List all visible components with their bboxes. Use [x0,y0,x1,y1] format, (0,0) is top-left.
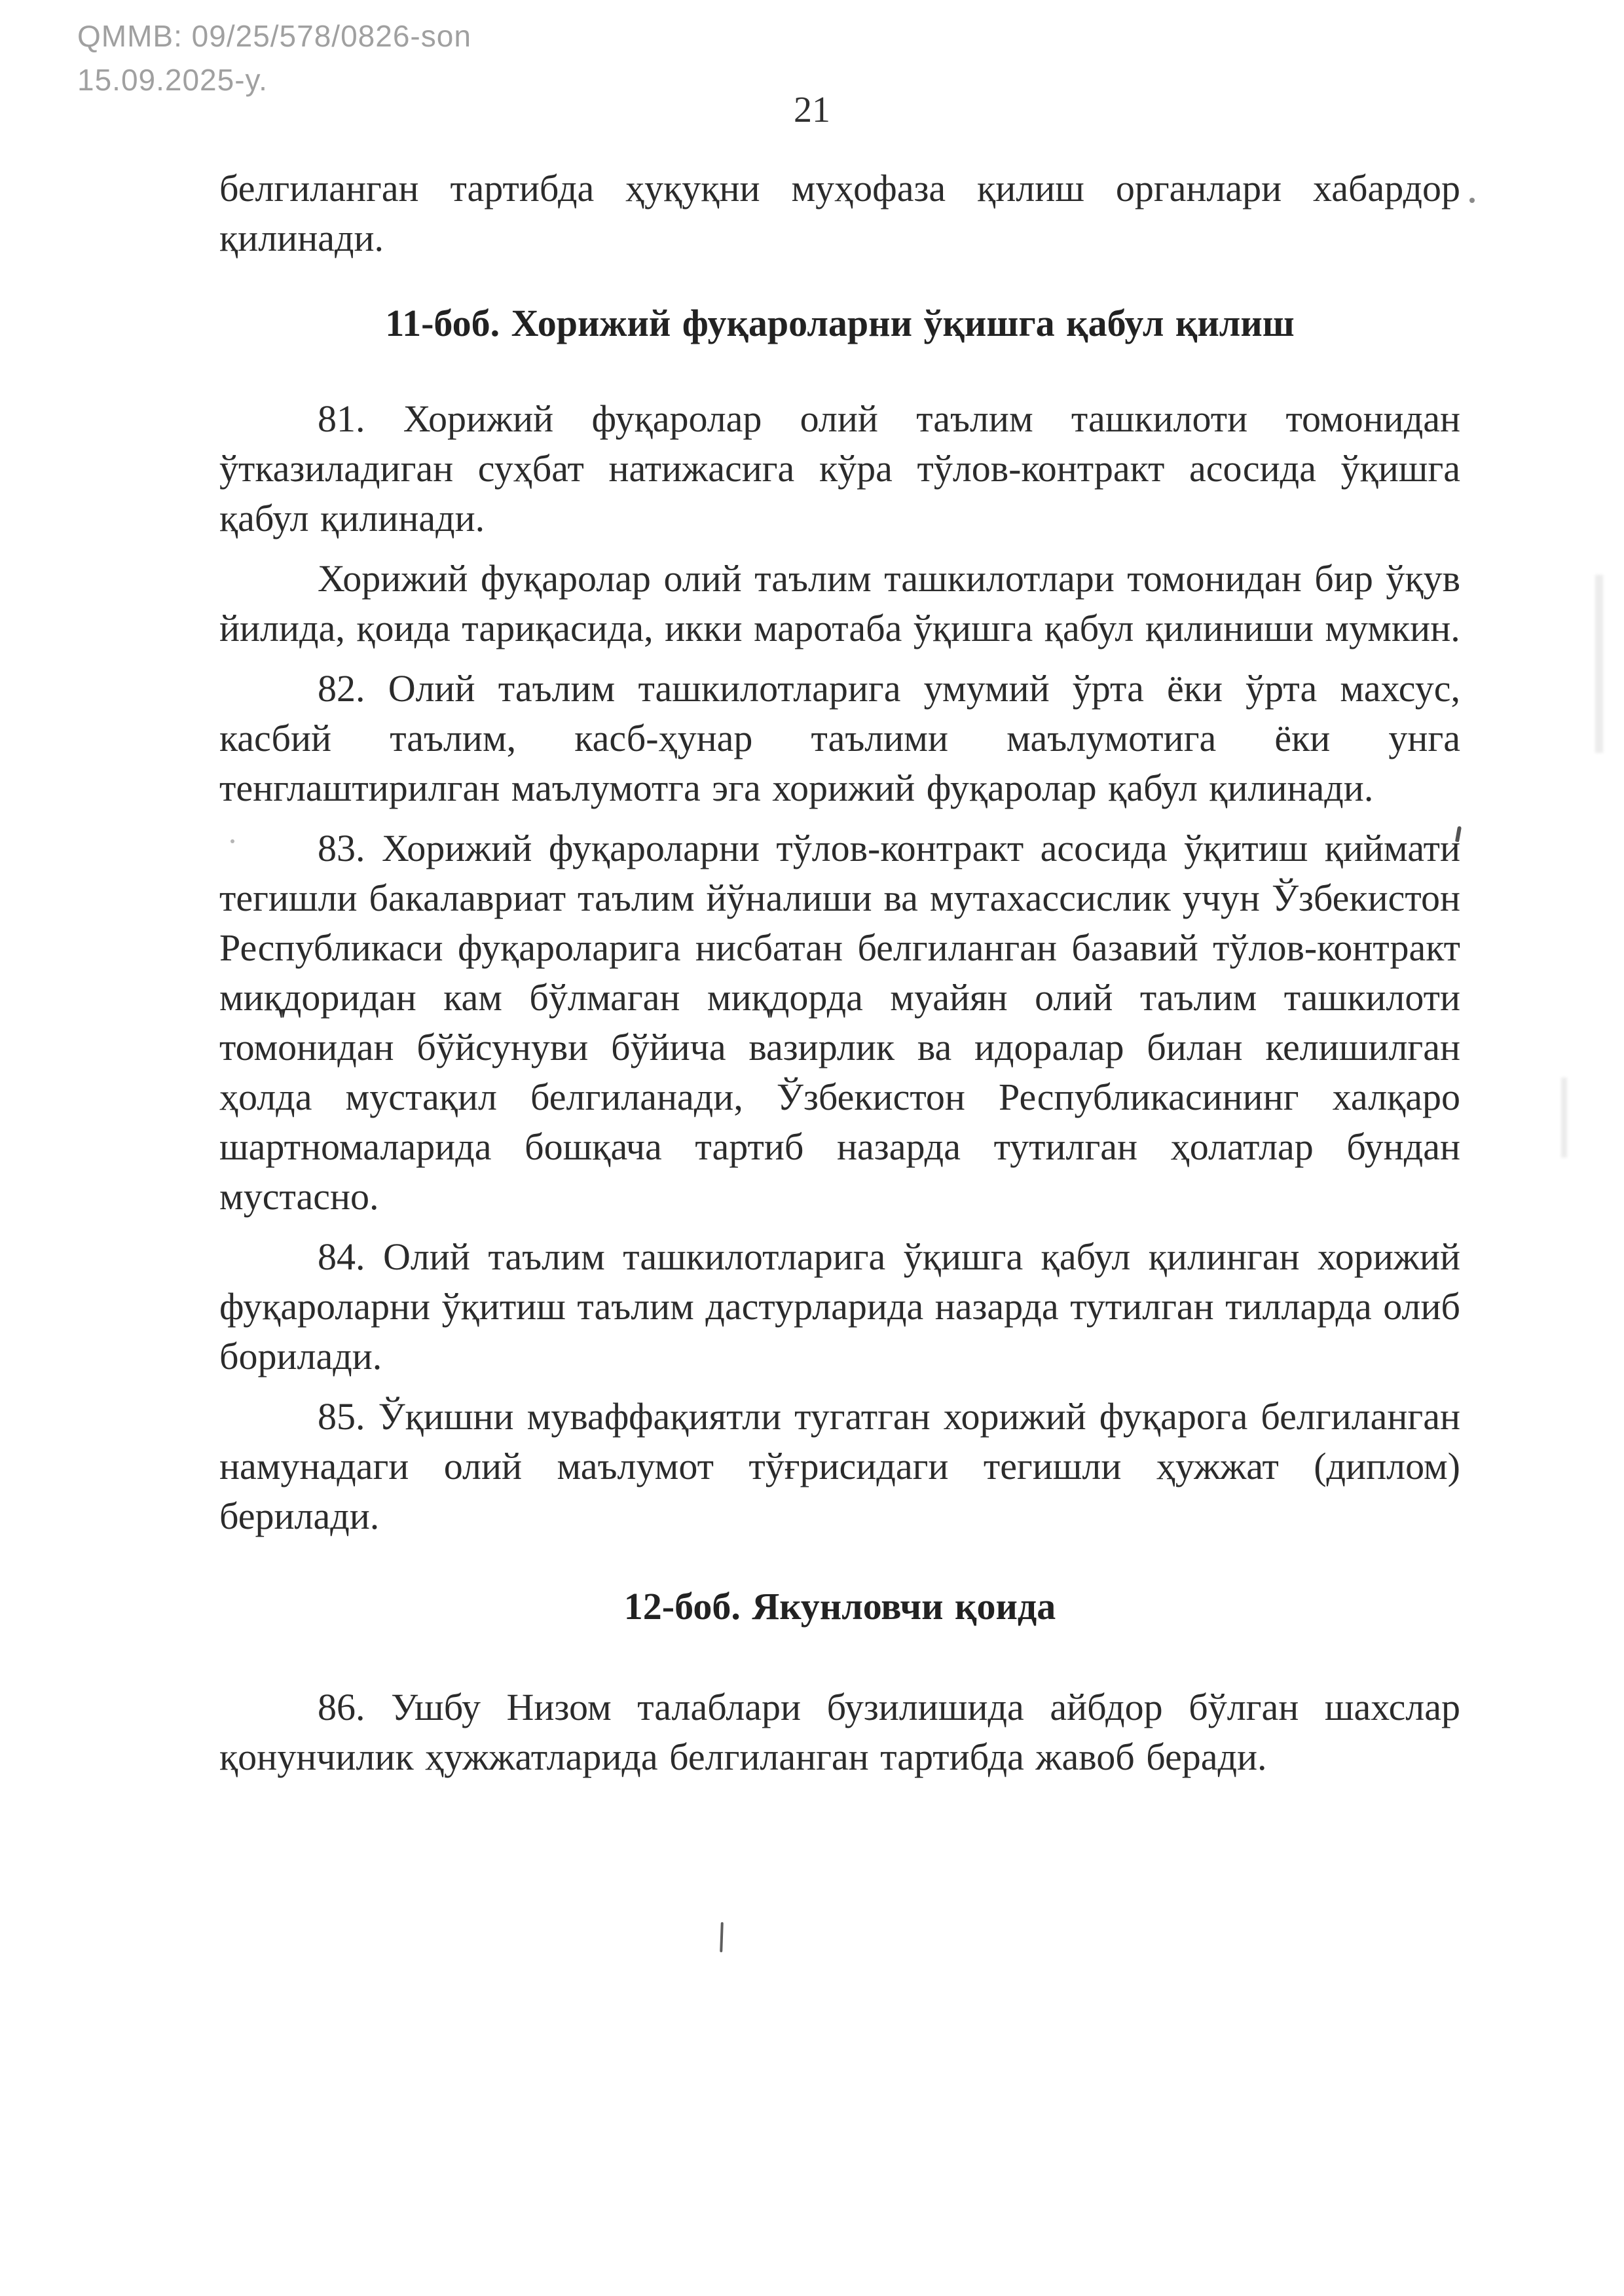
paragraph-85: 85. Ўқишни муваффақиятли тугатган хорижи… [219,1392,1460,1541]
document-body: белгиланган тартибда ҳуқуқни муҳофаза қи… [219,164,1460,1782]
paragraph-81: 81. Хорижий фуқаролар олий таълим ташкил… [219,394,1460,543]
scan-registration-number: QMMB: 09/25/578/0826-son [77,14,471,58]
paragraph-86: 86. Ушбу Низом талаблари бузилишида айбд… [219,1683,1460,1782]
scan-artifact-band [1561,1078,1567,1157]
paragraph-83: 83. Хорижий фуқароларни тўлов-контракт а… [219,824,1460,1222]
scan-registration-stamp: QMMB: 09/25/578/0826-son 15.09.2025-y. [77,14,471,102]
scan-artifact-tick [720,1922,724,1952]
paragraph-82: 82. Олий таълим ташкилотларига умумий ўр… [219,664,1460,813]
chapter-11-heading: 11-боб. Хорижий фуқароларни ўқишга қабул… [219,299,1460,348]
scan-artifact-dot [1469,198,1475,203]
chapter-12-heading: 12-боб. Якунловчи қоида [219,1582,1460,1631]
paragraph-84: 84. Олий таълим ташкилотларига ўқишга қа… [219,1232,1460,1381]
paragraph-81-continuation: Хорижий фуқаролар олий таълим ташкилотла… [219,554,1460,653]
page-number: 21 [0,90,1624,130]
paragraph-continuation: белгиланган тартибда ҳуқуқни муҳофаза қи… [219,164,1460,263]
scan-artifact-band [1595,575,1603,753]
